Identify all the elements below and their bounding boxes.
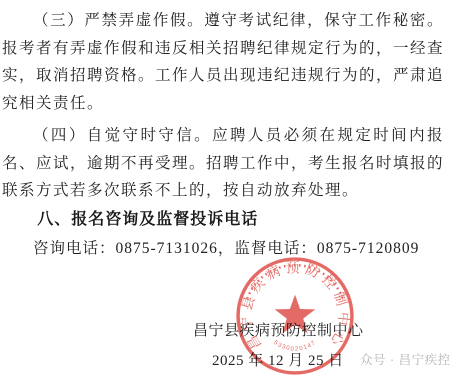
seal-star (275, 295, 316, 334)
phone-line: 咨询电话：0875-7131026，监督电话：0875-7120809 (2, 235, 444, 263)
paragraph-rule-3: （三）严禁弄虚作假。遵守考试纪律，保守工作秘密。报考者有弄虚作假和违反相关招聘纪… (2, 7, 444, 117)
seal-ring-text-holder: 昌宁县疾病预防控制中心 (239, 260, 353, 352)
org-name: 昌宁县疾病预防控制中心 (193, 319, 364, 340)
official-seal: 昌宁县疾病预防控制中心 5330020147 (234, 255, 356, 377)
seal-code-text-holder: 5330020147 (272, 339, 317, 353)
seal-ring-text: 昌宁县疾病预防控制中心 (239, 260, 353, 352)
document-body: （三）严禁弄虚作假。遵守考试纪律，保守工作秘密。报考者有弄虚作假和违反相关招聘纪… (0, 0, 456, 263)
watermark-text: 众号 · 昌宁疾控 (360, 350, 451, 368)
seal-ring (238, 259, 352, 373)
seal-top-marks (247, 265, 343, 298)
date-line: 2025 年 12 月 25 日 (212, 349, 344, 370)
seal-code-text: 5330020147 (272, 339, 317, 353)
document-page: （三）严禁弄虚作假。遵守考试纪律，保守工作秘密。报考者有弄虚作假和违反相关招聘纪… (0, 0, 456, 377)
paragraph-rule-4: （四）自觉守时守信。应聘人员必须在规定时间内报名、应试，逾期不再受理。招聘工作中… (2, 122, 444, 205)
section-heading: 八、报名咨询及监督投诉电话 (2, 207, 444, 233)
